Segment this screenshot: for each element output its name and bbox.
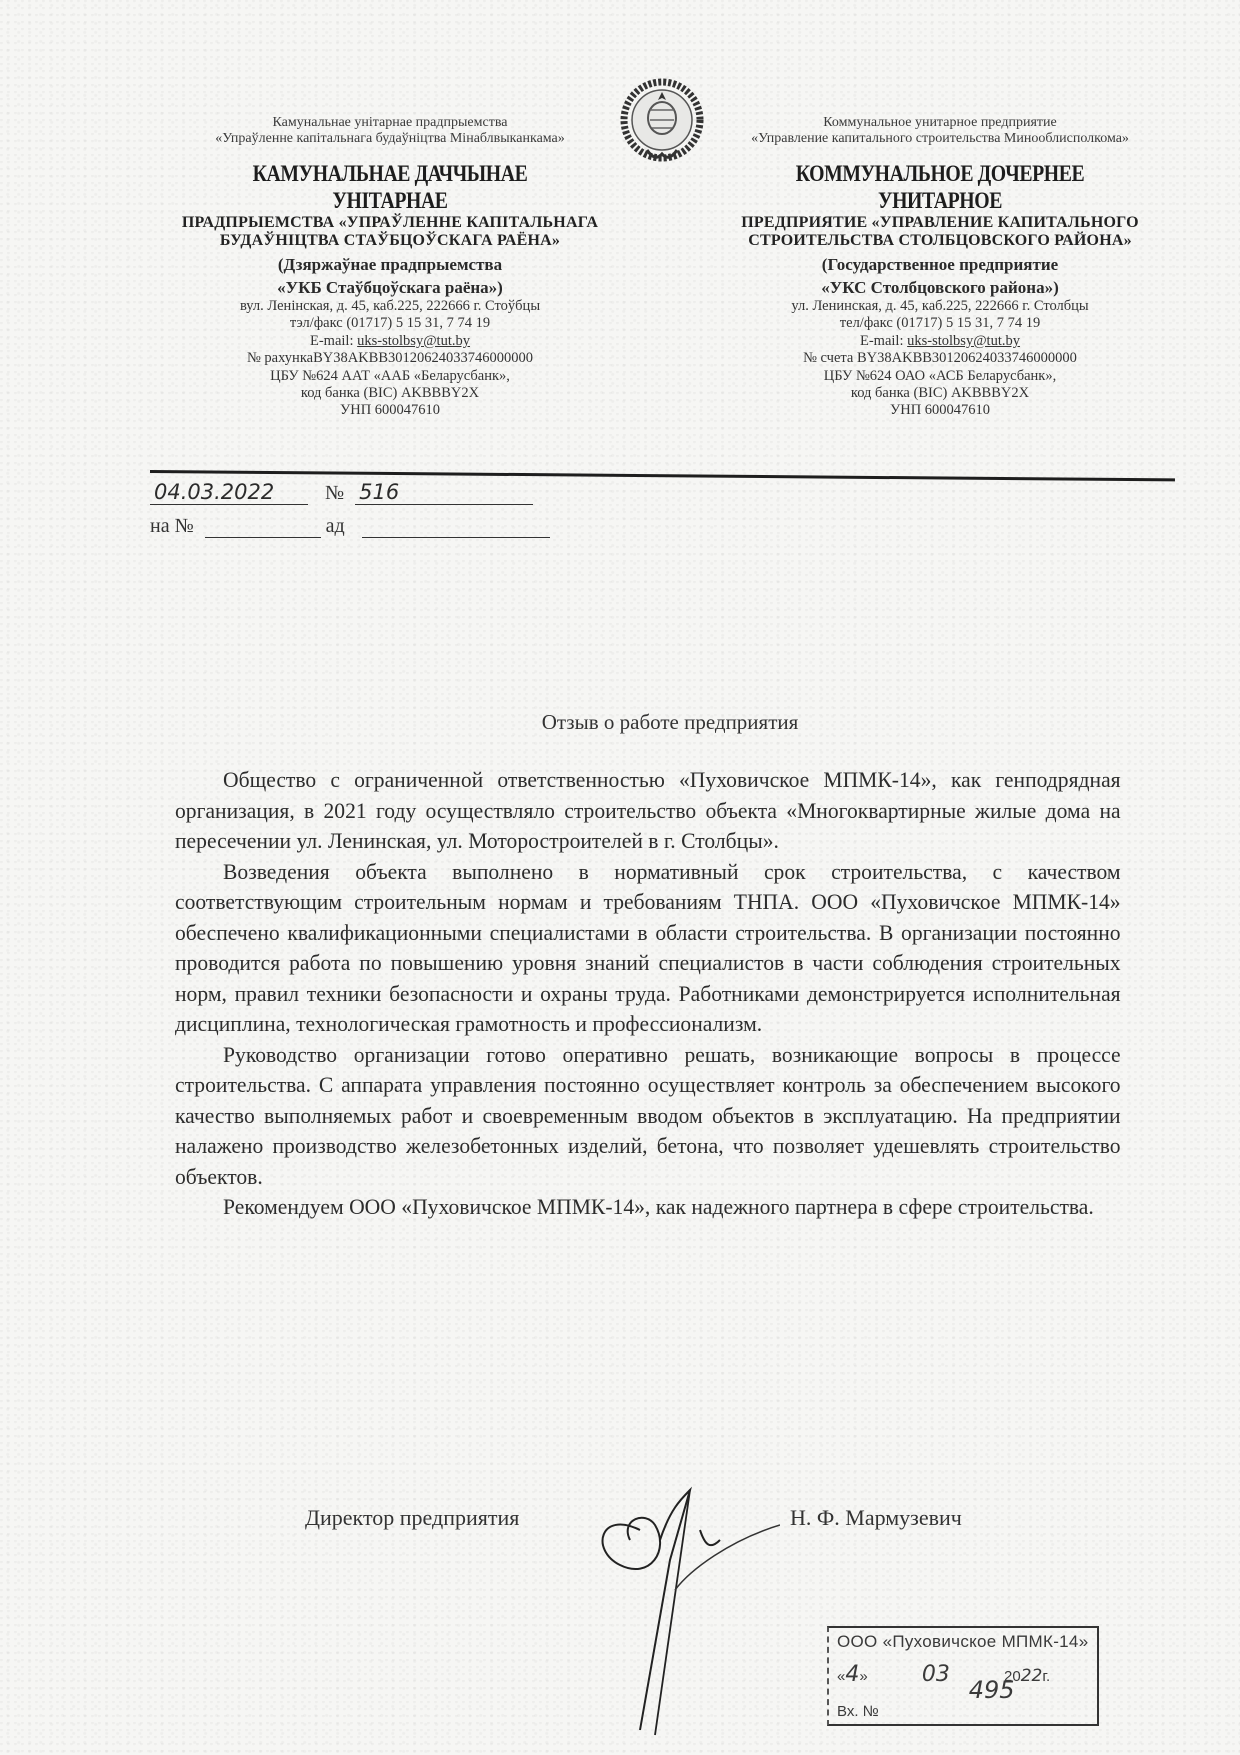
scanned-letter-page: Камунальнае унітарнае прадпрыемства «Упр… [0,0,1240,1755]
reply-to-date [362,515,550,538]
letterhead-right: Коммунальное унитарное предприятие «Упра… [700,115,1180,420]
handwritten-signature-icon [580,1470,780,1740]
state-line1: (Государственное предприятие [700,255,1180,275]
paragraph: Общество с ограниченной ответственностью… [175,765,1121,857]
email-line: E-mail: uks-stolbsy@tut.by [700,333,1180,350]
stamp-year-unit: г. [1042,1668,1050,1685]
outgoing-number: 516 [355,480,533,505]
from-label: ад [326,515,345,537]
signer-role: Директор предприятия [305,1505,519,1531]
email-label: E-mail: [310,333,357,349]
stamp-day: 4 [845,1662,859,1687]
org-sub-line1: ПРАДПРЫЕМСТВА «УПРАЎЛЕННЕ КАПІТАЛЬНАГА [170,214,610,232]
email-label: E-mail: [860,333,907,349]
bank-name: ЦБУ №624 ОАО «АСБ Беларусбанк», [700,368,1180,385]
document-title: Отзыв о работе предприятия [170,710,1170,735]
email-link[interactable]: uks-stolbsy@tut.by [357,333,470,349]
org-sub-line2: БУДАЎНІЦТВА СТАЎБЦОЎСКАГА РАЁНА» [170,232,610,250]
bank-account: № счета BY38AKBB30120624033746000000 [700,350,1180,367]
parent-org-line1: Камунальнае унітарнае прадпрыемства [170,115,610,131]
stamp-year-suffix: 22 [1021,1666,1043,1686]
stamp-in-number: 495 [969,1676,1015,1704]
unp: УНП 600047610 [170,402,610,419]
state-line1: (Дзяржаўнае прадпрыемства [170,255,610,275]
email-line: E-mail: uks-stolbsy@tut.by [170,333,610,350]
reply-to-label: на № [150,515,194,537]
email-link[interactable]: uks-stolbsy@tut.by [907,333,1020,349]
parent-org-line1: Коммунальное унитарное предприятие [700,115,1180,131]
phone: тэл/факс (01717) 5 15 31, 7 74 19 [170,315,610,332]
bank-bic: код банка (BIC) AKBBBY2X [700,385,1180,402]
parent-org-line2: «Упраўленне капітальнага будаўніцтва Мін… [170,131,610,147]
org-sub-line1: ПРЕДПРИЯТИЕ «УПРАВЛЕНИЕ КАПИТАЛЬНОГО [700,214,1180,232]
org-sub-line2: СТРОИТЕЛЬСТВА СТОЛБЦОВСКОГО РАЙОНА» [700,232,1180,250]
address: ул. Ленинская, д. 45, каб.225, 222666 г.… [700,298,1180,315]
number-label: № [325,482,344,504]
document-body: Общество с ограниченной ответственностью… [175,765,1121,1223]
org-title: КАМУНАЛЬНАЕ ДАЧЧЫНАЕ УНІТАРНАЕ [201,161,579,214]
outgoing-date: 04.03.2022 [150,480,308,505]
paragraph: Руководство организации готово оперативн… [175,1040,1121,1193]
stamp-in-label: Вх. № [837,1703,879,1720]
stamp-date: «4» 03 2022г. [837,1662,1089,1687]
state-line2: «УКБ Стаўбцоўскага раёна») [170,278,610,298]
incoming-registration-stamp: ООО «Пуховичское МПМК-14» «4» 03 2022г. … [827,1626,1099,1726]
state-line2: «УКС Столбцовского района») [700,278,1180,298]
address: вул. Ленінская, д. 45, каб.225, 222666 г… [170,298,610,315]
parent-org-line2: «Управление капитального строительства М… [700,131,1180,147]
state-emblem-icon [617,70,707,170]
bank-name: ЦБУ №624 ААТ «ААБ «Беларусбанк», [170,368,610,385]
stamp-org: ООО «Пуховичское МПМК-14» [837,1632,1088,1652]
signer-name: Н. Ф. Мармузевич [790,1505,962,1531]
paragraph: Рекомендуем ООО «Пуховичское МПМК-14», к… [175,1192,1121,1223]
outgoing-registration: 04.03.2022 № 516 [150,480,533,505]
letterhead-left: Камунальнае унітарнае прадпрыемства «Упр… [170,115,610,420]
bank-account: № рахункаBY38AKBB30120624033746000000 [170,350,610,367]
unp: УНП 600047610 [700,402,1180,419]
stamp-incoming-number: Вх. №495 [837,1694,1015,1722]
phone: тел/факс (01717) 5 15 31, 7 74 19 [700,315,1180,332]
org-title: КОММУНАЛЬНОЕ ДОЧЕРНЕЕ УНИТАРНОЕ [734,161,1147,214]
paragraph: Возведения объекта выполнено в нормативн… [175,857,1121,1040]
stamp-month: 03 [922,1662,950,1687]
reply-to-number [205,515,321,538]
reply-reference: на № ад [150,515,550,538]
bank-bic: код банка (BIC) AKBBBY2X [170,385,610,402]
